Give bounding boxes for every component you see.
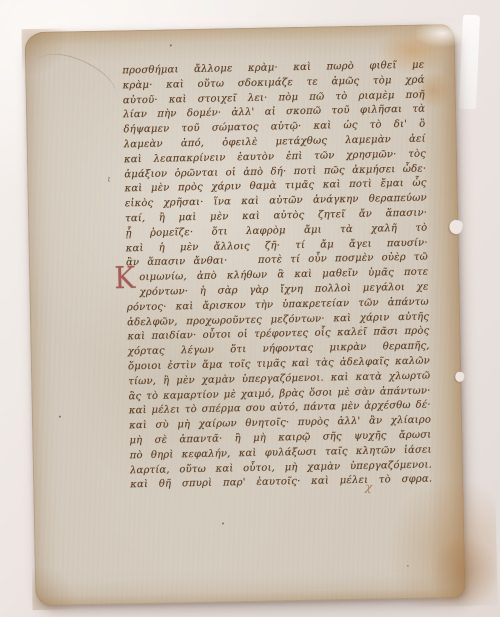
manuscript-photo: Κ προσθήμαι ἄλλομε κρὰμ· καὶ πωρὸ φιθεῖ …	[0, 0, 500, 617]
margin-mark: ι	[107, 176, 111, 185]
corner-crease	[27, 43, 125, 119]
ink-speck	[59, 416, 61, 418]
stain-bottom-right-dark	[430, 535, 499, 610]
ink-speck	[407, 565, 409, 567]
corner-stain-bottom-left	[32, 563, 75, 610]
backing-sheet-corner	[459, 15, 480, 110]
edge-notch-upper	[448, 219, 464, 236]
edge-notch-lower	[455, 371, 465, 382]
parchment-leaf: Κ προσθήμαι ἄλλομε κρὰμ· καὶ πωρὸ φιθεῖ …	[25, 24, 466, 606]
ink-speck	[222, 522, 224, 524]
ink-speck	[170, 44, 172, 46]
rubricated-initial: Κ	[114, 261, 136, 295]
stain-bottom-right	[383, 473, 498, 607]
end-mark: χ	[365, 481, 373, 494]
text-block: Κ προσθήμαι ἄλλομε κρὰμ· καὶ πωρὸ φιθεῖ …	[122, 59, 432, 494]
